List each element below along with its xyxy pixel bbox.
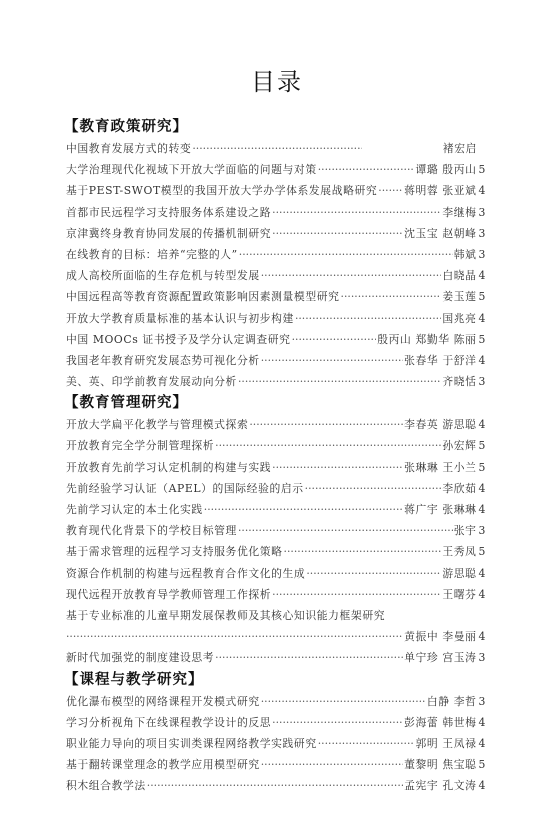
entry-authors: 李继梅 — [442, 202, 476, 223]
entry-title: 现代远程开放教育导学教师管理工作探析 — [66, 584, 271, 605]
entry-page: 3 — [479, 371, 486, 392]
toc-entry[interactable]: 首都市民远程学习支持服务体系建设之路 李继梅 3 — [66, 202, 486, 223]
entry-authors: 殷丙山 郑勤华 陈丽 — [377, 329, 476, 350]
dot-leader — [272, 202, 441, 223]
dot-leader — [272, 457, 403, 478]
entry-title: 在线教育的目标：培养“完整的人” — [66, 244, 238, 265]
entry-title: 我国老年教育研究发展态势可视化分析 — [66, 350, 260, 371]
entry-title: 基于PEST-SWOT模型的我国开放大学办学体系发展战略研究 — [66, 180, 377, 201]
toc-entry[interactable]: 开放大学教育质量标准的基本认识与初步构建 国兆亮 4 — [66, 308, 486, 329]
entry-authors: 齐晓恬 — [442, 371, 476, 392]
dot-leader — [192, 138, 362, 159]
entry-page: 4 — [479, 584, 486, 605]
dot-leader — [215, 435, 441, 456]
table-of-contents: 【教育政策研究】 中国教育发展方式的转变 褚宏启 大学治理现代化视域下开放大学面… — [66, 116, 486, 796]
entry-title: 中国远程高等教育资源配置政策影响因素测量模型研究 — [66, 286, 340, 307]
section-heading-education-management: 【教育管理研究】 — [64, 392, 486, 414]
entry-title: 大学治理现代化视域下开放大学面临的问题与对策 — [66, 159, 317, 180]
dot-leader — [238, 520, 453, 541]
entry-page: 4 — [479, 712, 486, 733]
entry-authors: 张春华 于舒洋 — [404, 350, 476, 371]
toc-entry[interactable]: 我国老年教育研究发展态势可视化分析 张春华 于舒洋 4 — [66, 350, 486, 371]
entry-page: 5 — [479, 541, 486, 562]
entry-page: 3 — [479, 520, 486, 541]
dot-leader — [66, 626, 403, 647]
entry-page: 3 — [479, 244, 486, 265]
entry-page: 3 — [479, 223, 486, 244]
entry-title: 开放大学扁平化教学与管理模式探索 — [66, 414, 248, 435]
entry-authors: 白晓晶 — [442, 265, 476, 286]
entry-authors: 蒋明蓉 张亚斌 — [404, 180, 476, 201]
page-title: 目录 — [0, 62, 554, 97]
dot-leader — [284, 541, 442, 562]
entry-page: 4 — [479, 180, 486, 201]
entry-authors: 王秀凤 — [442, 541, 476, 562]
toc-entry[interactable]: 积木组合教学法 孟宪宇 孔文涛 4 — [66, 775, 486, 796]
dot-leader — [318, 733, 415, 754]
toc-entry[interactable]: 大学治理现代化视域下开放大学面临的问题与对策 谭璐 殷丙山 5 — [66, 159, 486, 180]
entry-page: 3 — [479, 647, 486, 668]
entry-authors: 董黎明 焦宝聪 — [404, 754, 476, 775]
entry-title: 基于翻转课堂理念的教学应用模型研究 — [66, 754, 260, 775]
dot-leader — [272, 712, 403, 733]
toc-entry[interactable]: 教育现代化背景下的学校目标管理 张宇 3 — [66, 520, 486, 541]
section-heading-curriculum-teaching: 【课程与教学研究】 — [64, 669, 486, 691]
entry-title: 中国教育发展方式的转变 — [66, 138, 191, 159]
entry-page: 5 — [479, 159, 486, 180]
dot-leader — [239, 244, 453, 265]
toc-entry[interactable]: 资源合作机制的构建与远程教育合作文化的生成 游思聪 4 — [66, 563, 486, 584]
entry-page: 4 — [479, 414, 486, 435]
entry-authors: 韩斌 — [454, 244, 477, 265]
dot-leader — [272, 223, 403, 244]
toc-entry[interactable]: 先前学习认定的本土化实践 蒋广宇 张琳琳 4 — [66, 499, 486, 520]
entry-page: 4 — [479, 350, 486, 371]
entry-page: 4 — [479, 499, 486, 520]
entry-page: 4 — [479, 775, 486, 796]
entry-title: 教育现代化背景下的学校目标管理 — [66, 520, 237, 541]
toc-entry[interactable]: 基于翻转课堂理念的教学应用模型研究 董黎明 焦宝聪 5 — [66, 754, 486, 775]
entry-title: 京津冀终身教育协同发展的传播机制研究 — [66, 223, 271, 244]
entry-authors: 张宇 — [454, 520, 477, 541]
dot-leader — [204, 499, 403, 520]
entry-title: 学习分析视角下在线课程教学设计的反思 — [66, 712, 271, 733]
toc-entry[interactable]: 中国 MOOCs 证书授予及学分认定调查研究 殷丙山 郑勤华 陈丽 5 — [66, 329, 486, 350]
entry-authors: 游思聪 — [442, 563, 476, 584]
entry-authors: 孟宪宇 孔文涛 — [404, 775, 476, 796]
entry-title: 先前经验学习认证（APEL）的国际经验的启示 — [66, 478, 304, 499]
entry-page: 3 — [479, 202, 486, 223]
toc-entry[interactable]: 中国教育发展方式的转变 褚宏启 — [66, 138, 486, 159]
entry-authors: 张琳琳 王小兰 — [404, 457, 476, 478]
entry-authors: 李欣茹 — [442, 478, 476, 499]
entry-title: 开放教育完全学分制管理探析 — [66, 435, 214, 456]
dot-leader — [215, 647, 403, 668]
toc-entry[interactable]: 现代远程开放教育导学教师管理工作探析 王曙芬 4 — [66, 584, 486, 605]
toc-entry[interactable]: 在线教育的目标：培养“完整的人” 韩斌 3 — [66, 244, 486, 265]
entry-authors: 褚宏启 — [443, 138, 477, 159]
entry-authors: 彭海蕾 韩世梅 — [404, 712, 476, 733]
dot-leader — [147, 775, 403, 796]
entry-title: 职业能力导向的项目实训类课程网络教学实践研究 — [66, 733, 317, 754]
entry-authors: 蒋广宇 张琳琳 — [404, 499, 476, 520]
toc-entry[interactable]: 中国远程高等教育资源配置政策影响因素测量模型研究 姜玉莲 5 — [66, 286, 486, 307]
dot-leader — [261, 265, 442, 286]
entry-page: 4 — [479, 626, 486, 647]
dot-leader — [341, 286, 442, 307]
entry-page: 5 — [479, 457, 486, 478]
toc-entry[interactable]: 学习分析视角下在线课程教学设计的反思 彭海蕾 韩世梅 4 — [66, 712, 486, 733]
entry-page: 4 — [479, 563, 486, 584]
dot-leader — [305, 478, 442, 499]
entry-title: 美、英、印学前教育发展动向分析 — [66, 371, 237, 392]
entry-title: 先前学习认定的本土化实践 — [66, 499, 203, 520]
entry-title: 资源合作机制的构建与远程教育合作文化的生成 — [66, 563, 305, 584]
section-heading-education-policy: 【教育政策研究】 — [64, 116, 486, 138]
dot-leader — [378, 180, 403, 201]
toc-entry[interactable]: 美、英、印学前教育发展动向分析 齐晓恬 3 — [66, 371, 486, 392]
dot-leader — [238, 371, 441, 392]
toc-entry[interactable]: 成人高校所面临的生存危机与转型发展 白晓晶 4 — [66, 265, 486, 286]
entry-title: 首都市民远程学习支持服务体系建设之路 — [66, 202, 271, 223]
toc-entry[interactable]: 京津冀终身教育协同发展的传播机制研究 沈玉宝 赵朝峰 3 — [66, 223, 486, 244]
entry-page: 4 — [479, 265, 486, 286]
toc-entry[interactable]: 新时代加强党的制度建设思考 单宁珍 宫玉涛 3 — [66, 647, 486, 668]
toc-entry[interactable]: 职业能力导向的项目实训类课程网络教学实践研究 郭明 王凤禄 4 — [66, 733, 486, 754]
toc-entry-title-line[interactable]: 基于专业标准的儿童早期发展保教师及其核心知识能力框架研究 — [66, 605, 486, 626]
entry-title: 基于专业标准的儿童早期发展保教师及其核心知识能力框架研究 — [66, 605, 385, 626]
toc-entry[interactable]: 开放大学扁平化教学与管理模式探索 李春英 游思聪 4 — [66, 414, 486, 435]
dot-leader — [261, 691, 426, 712]
entry-authors: 郭明 王凤禄 — [415, 733, 476, 754]
entry-authors: 孙宏辉 — [442, 435, 476, 456]
toc-entry[interactable]: 开放教育完全学分制管理探析 孙宏辉 5 — [66, 435, 486, 456]
entry-authors: 李春英 游思聪 — [404, 414, 476, 435]
toc-entry[interactable]: 先前经验学习认证（APEL）的国际经验的启示 李欣茹 4 — [66, 478, 486, 499]
entry-page: 3 — [479, 691, 486, 712]
entry-authors: 王曙芬 — [442, 584, 476, 605]
entry-page: 4 — [479, 733, 486, 754]
dot-leader — [318, 159, 415, 180]
entry-title: 开放教育先前学习认定机制的构建与实践 — [66, 457, 271, 478]
entry-authors: 沈玉宝 赵朝峰 — [404, 223, 476, 244]
toc-entry[interactable]: 开放教育先前学习认定机制的构建与实践 张琳琳 王小兰 5 — [66, 457, 486, 478]
entry-title: 新时代加强党的制度建设思考 — [66, 647, 214, 668]
entry-page: 5 — [479, 435, 486, 456]
dot-leader — [306, 563, 441, 584]
entry-authors: 姜玉莲 — [442, 286, 476, 307]
toc-entry-leader-line[interactable]: 黄振中 李曼丽 4 — [66, 626, 486, 647]
dot-leader — [261, 754, 403, 775]
entry-page: 4 — [479, 308, 486, 329]
entry-authors: 单宁珍 宫玉涛 — [404, 647, 476, 668]
entry-authors: 黄振中 李曼丽 — [404, 626, 476, 647]
entry-title: 成人高校所面临的生存危机与转型发展 — [66, 265, 260, 286]
entry-title: 基于需求管理的远程学习支持服务优化策略 — [66, 541, 283, 562]
dot-leader — [249, 414, 403, 435]
entry-page: 5 — [479, 754, 486, 775]
entry-authors: 谭璐 殷丙山 — [415, 159, 476, 180]
entry-title: 开放大学教育质量标准的基本认识与初步构建 — [66, 308, 294, 329]
entry-title: 优化瀑布模型的网络课程开发模式研究 — [66, 691, 260, 712]
toc-entry[interactable]: 优化瀑布模型的网络课程开发模式研究 白静 李哲 3 — [66, 691, 486, 712]
toc-entry[interactable]: 基于PEST-SWOT模型的我国开放大学办学体系发展战略研究 蒋明蓉 张亚斌 4 — [66, 180, 486, 201]
entry-page: 5 — [479, 286, 486, 307]
entry-page: 4 — [479, 478, 486, 499]
toc-entry[interactable]: 基于需求管理的远程学习支持服务优化策略 王秀凤 5 — [66, 541, 486, 562]
dot-leader — [292, 329, 377, 350]
dot-leader — [272, 584, 441, 605]
entry-authors: 白静 李哲 — [427, 691, 477, 712]
entry-title: 积木组合教学法 — [66, 775, 146, 796]
dot-leader — [295, 308, 441, 329]
entry-page: 5 — [479, 329, 486, 350]
entry-authors: 国兆亮 — [442, 308, 476, 329]
entry-title: 中国 MOOCs 证书授予及学分认定调查研究 — [66, 329, 291, 350]
dot-leader — [261, 350, 403, 371]
